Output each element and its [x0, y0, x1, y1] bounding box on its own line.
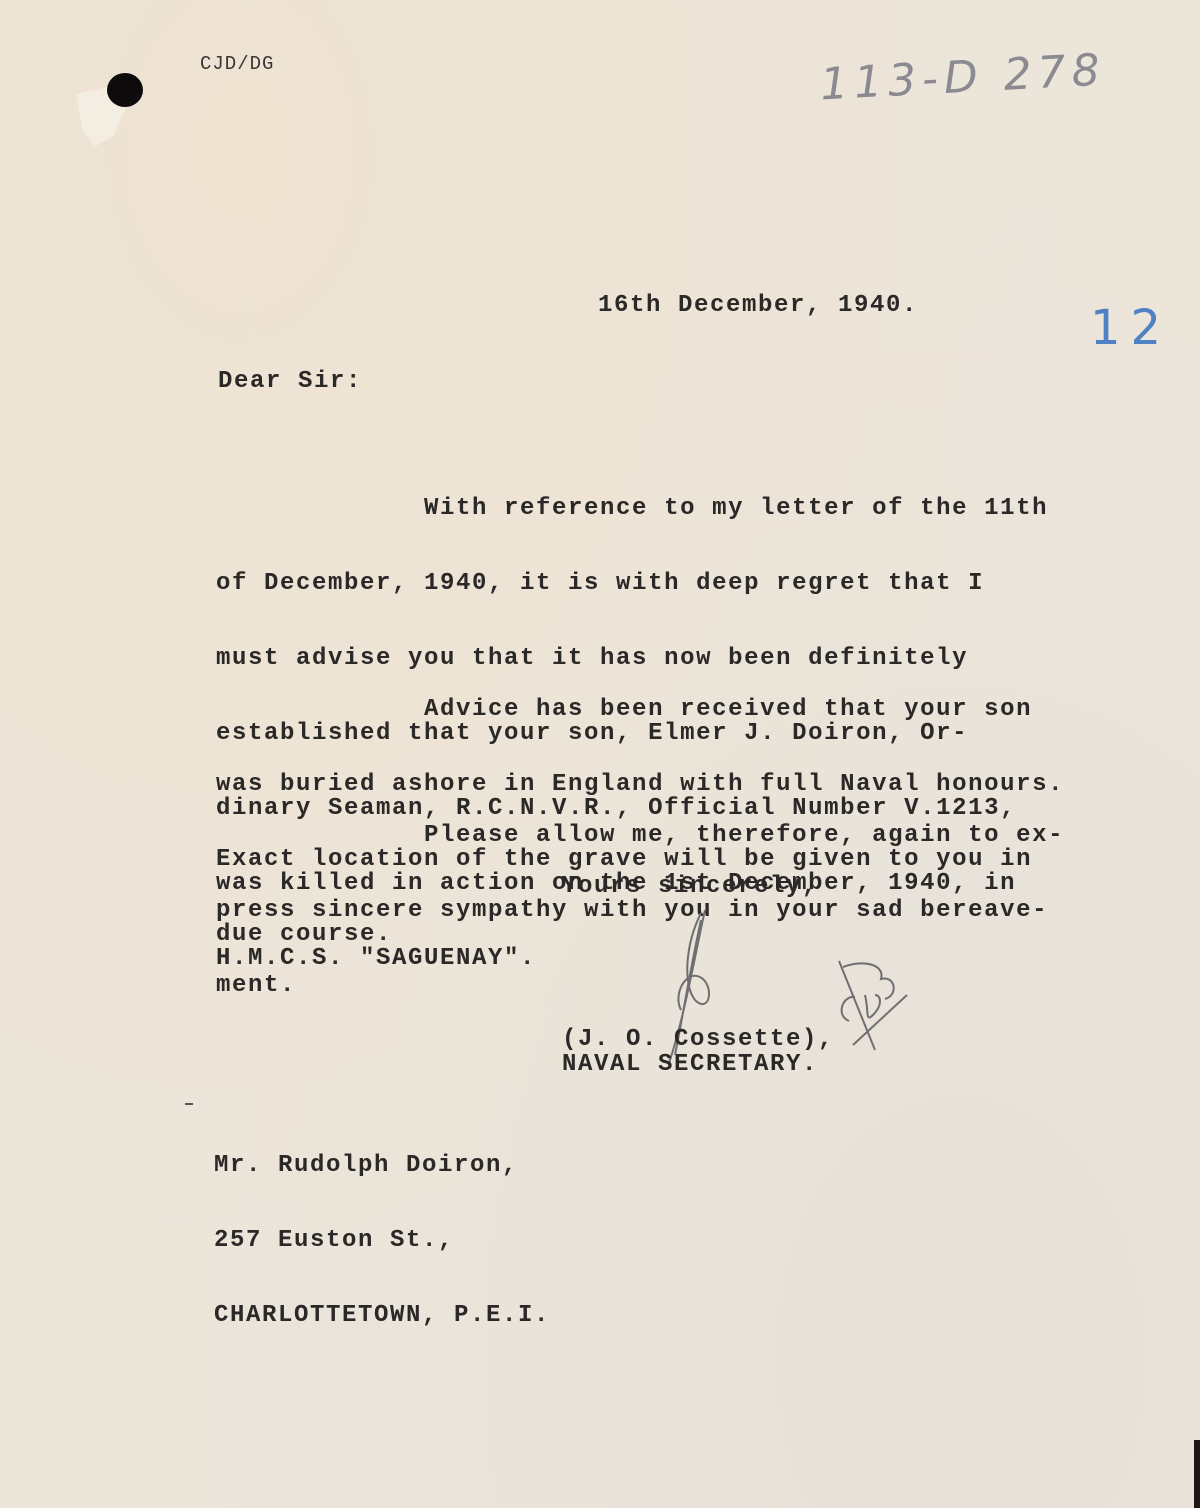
paragraph-line: ment. — [216, 973, 1064, 998]
recipient-name: Mr. Rudolph Doiron, — [214, 1153, 550, 1178]
signatory-title: NAVAL SECRETARY. — [562, 1052, 818, 1077]
initials-mark — [825, 955, 915, 1065]
paragraph-line: of December, 1940, it is with deep regre… — [216, 571, 1048, 596]
paragraph-line: Please allow me, therefore, again to ex- — [216, 823, 1064, 848]
reference-code: CJD/DG — [200, 52, 274, 77]
signatory-name: (J. O. Cossette), — [562, 1027, 834, 1052]
paper-edge-shadow — [1194, 1440, 1200, 1508]
recipient-address: Mr. Rudolph Doiron, 257 Euston St., CHAR… — [214, 1103, 550, 1353]
handwritten-file-number: 113-D 278 — [819, 45, 1107, 111]
paragraph-line: Advice has been received that your son — [216, 697, 1064, 722]
punch-hole — [107, 73, 143, 107]
letter-date: 16th December, 1940. — [598, 293, 918, 318]
margin-tick-mark — [185, 1103, 193, 1105]
paragraph-line: press sincere sympathy with you in your … — [216, 898, 1064, 923]
handwritten-page-number: 12 — [1090, 300, 1171, 356]
salutation: Dear Sir: — [218, 369, 362, 394]
recipient-street: 257 Euston St., — [214, 1228, 550, 1253]
closing: Yours sincerely, — [562, 874, 818, 899]
recipient-city: CHARLOTTETOWN, P.E.I. — [214, 1303, 550, 1328]
paragraph-line: With reference to my letter of the 11th — [216, 496, 1048, 521]
